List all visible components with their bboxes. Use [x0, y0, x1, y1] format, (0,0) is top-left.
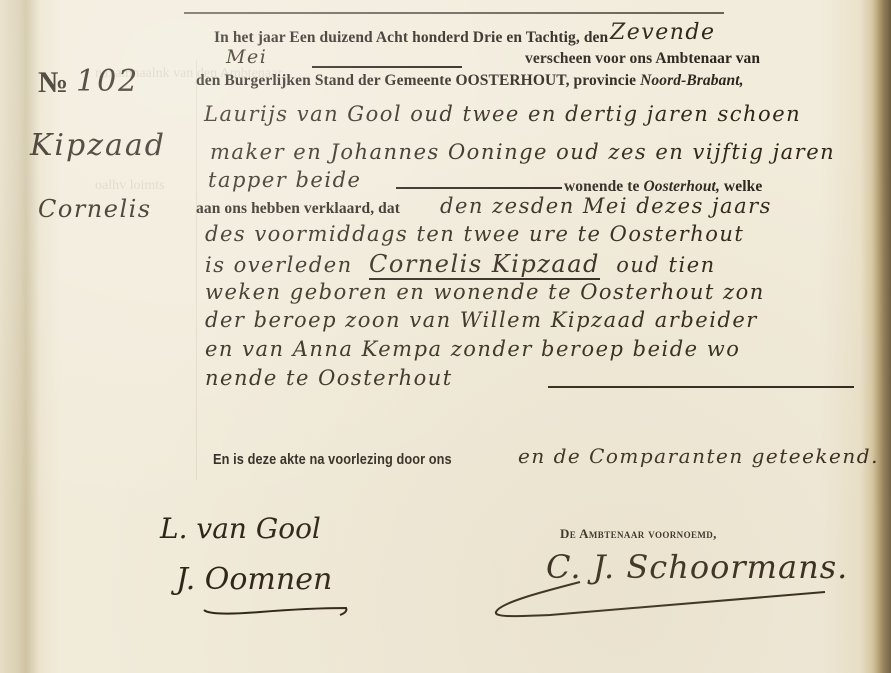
blank-rule: [396, 187, 562, 189]
handwritten-month: Mei: [226, 46, 267, 68]
printed-line-3-text: den Burgerlijken Stand der Gemeente OOST…: [196, 72, 636, 89]
closing-handwritten: en de Comparanten geteekend.: [518, 444, 879, 468]
witness-line-2: maker en Johannes Ooninge oud zes en vij…: [210, 140, 835, 164]
witness-line-1: Laurijs van Gool oud twee en dertig jare…: [204, 102, 801, 126]
margin-fold: [196, 60, 197, 480]
record-number-label: №: [38, 66, 68, 100]
statement-line-4: weken geboren en wonende te Oosterhout z…: [205, 280, 765, 304]
signature-witness-1: L. van Gool: [160, 512, 321, 545]
printed-line-3: den Burgerlijken Stand der Gemeente OOST…: [196, 72, 744, 90]
margin-given-name: Cornelis: [38, 195, 152, 223]
margin-surname: Kipzaad: [30, 128, 166, 163]
statement-line-3: is overleden Cornelis Kipzaad oud tien: [205, 250, 716, 278]
statement-line-7: nende te Oosterhout: [205, 366, 453, 390]
statement-line-6: en van Anna Kempa zonder beroep beide wo: [205, 337, 740, 361]
handwritten-day: Zevende: [610, 20, 716, 45]
printed-line-7: aan ons hebben verklaard, dat: [196, 200, 400, 218]
deceased-name: Cornelis Kipzaad: [369, 250, 600, 280]
bleed-through-text: oalhv loimts: [95, 178, 165, 194]
top-rule: [184, 12, 724, 14]
statement-line-5: der beroep zoon van Willem Kipzaad arbei…: [205, 308, 758, 332]
witness-line-3: tapper beide: [208, 168, 361, 192]
statement-line-2: des voormiddags ten twee ure te Oosterho…: [205, 222, 744, 246]
printed-text: wonende te: [564, 178, 639, 195]
closing-rule: [548, 386, 854, 388]
province-name: Noord-Brabant,: [640, 72, 743, 89]
handwritten-text: is overleden: [205, 253, 353, 277]
signature-witness-2: J. Oomnen: [176, 562, 332, 597]
printed-line-1: In het jaar Een duizend Acht honderd Dri…: [214, 29, 608, 47]
printed-line-2: verscheen voor ons Ambtenaar van: [525, 50, 760, 68]
residence-place: Oosterhout,: [643, 178, 719, 195]
printed-text: welke: [724, 178, 762, 195]
closing-printed: En is deze akte na voorlezing door ons: [213, 452, 452, 468]
register-page: naxamnaalnk van den Ambtenaar oalhv loim…: [0, 0, 891, 673]
official-label: De Ambtenaar voornoemd,: [560, 526, 717, 542]
statement-line-1: den zesden Mei dezes jaars: [440, 194, 772, 218]
signature-flourish: [200, 602, 350, 618]
handwritten-text: oud tien: [616, 253, 715, 277]
blank-rule: [312, 66, 462, 68]
signature-flourish: [490, 560, 840, 620]
record-number: 102: [76, 64, 139, 99]
